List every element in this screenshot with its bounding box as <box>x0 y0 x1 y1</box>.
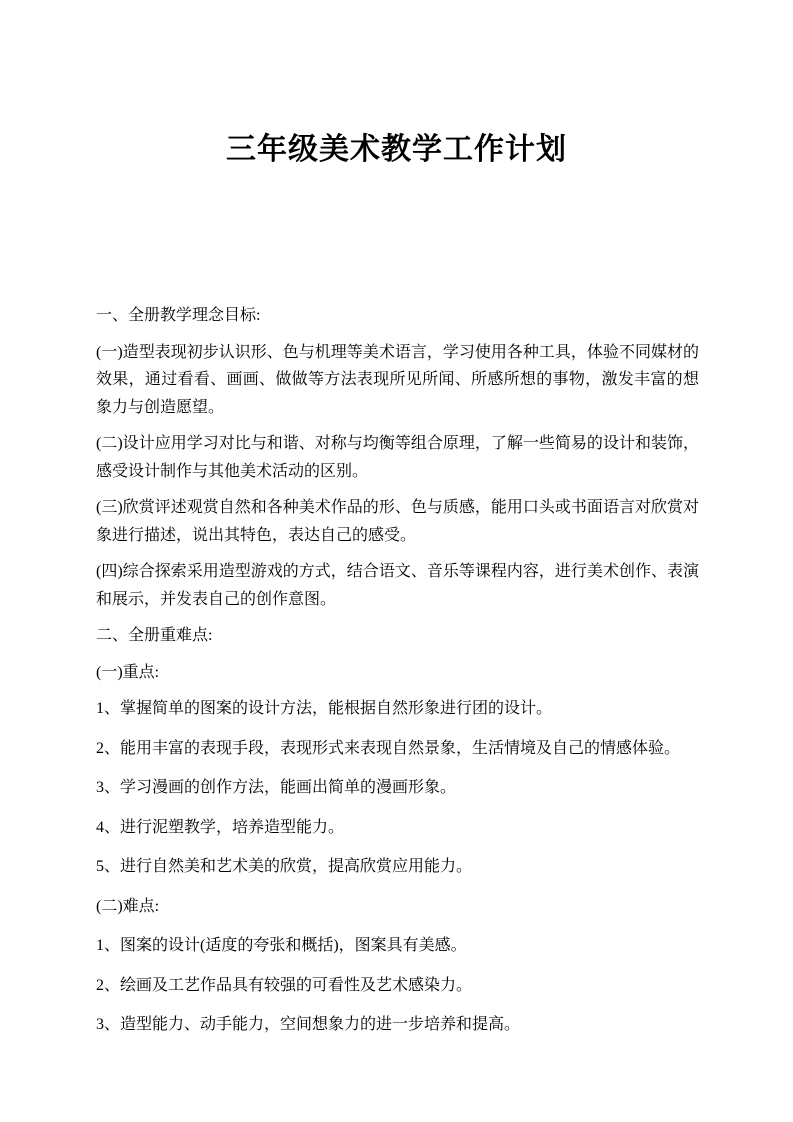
key-point-item-2: 2、能用丰富的表现手段，表现形式来表现自然景象，生活情境及自己的情感体验。 <box>96 735 699 763</box>
objective-paragraph-modeling: (一)造型表现初步认识形、色与机理等美术语言，学习使用各种工具，体验不同媒材的效… <box>96 339 699 422</box>
key-point-item-1: 1、掌握简单的图案的设计方法，能根据自然形象进行团的设计。 <box>96 695 699 723</box>
subheading-key-points: (一)重点: <box>96 659 699 687</box>
objective-paragraph-design: (二)设计应用学习对比与和谐、对称与均衡等组合原理，了解一些简易的设计和装饰，感… <box>96 430 699 485</box>
difficult-point-item-1: 1、图案的设计(适度的夸张和概括)，图案具有美感。 <box>96 932 699 960</box>
difficult-point-item-2: 2、绘画及工艺作品具有较强的可看性及艺术感染力。 <box>96 972 699 1000</box>
key-point-item-4: 4、进行泥塑教学，培养造型能力。 <box>96 814 699 842</box>
subheading-difficult-points: (二)难点: <box>96 893 699 921</box>
difficult-point-item-3: 3、造型能力、动手能力，空间想象力的进一步培养和提高。 <box>96 1011 699 1039</box>
document-body: 一、全册教学理念目标: (一)造型表现初步认识形、色与机理等美术语言，学习使用各… <box>0 166 793 1039</box>
document-title: 三年级美术教学工作计划 <box>0 0 793 166</box>
document-page: 三年级美术教学工作计划 一、全册教学理念目标: (一)造型表现初步认识形、色与机… <box>0 0 793 1122</box>
section-heading-objectives: 一、全册教学理念目标: <box>96 302 699 330</box>
key-point-item-3: 3、学习漫画的创作方法，能画出简单的漫画形象。 <box>96 774 699 802</box>
key-point-item-5: 5、进行自然美和艺术美的欣赏，提高欣赏应用能力。 <box>96 853 699 881</box>
objective-paragraph-appreciation: (三)欣赏评述观赏自然和各种美术作品的形、色与质感，能用口头或书面语言对欣赏对象… <box>96 494 699 549</box>
section-heading-key-difficult-points: 二、全册重难点: <box>96 622 699 650</box>
objective-paragraph-exploration: (四)综合探索采用造型游戏的方式，结合语文、音乐等课程内容，进行美术创作、表演和… <box>96 558 699 613</box>
